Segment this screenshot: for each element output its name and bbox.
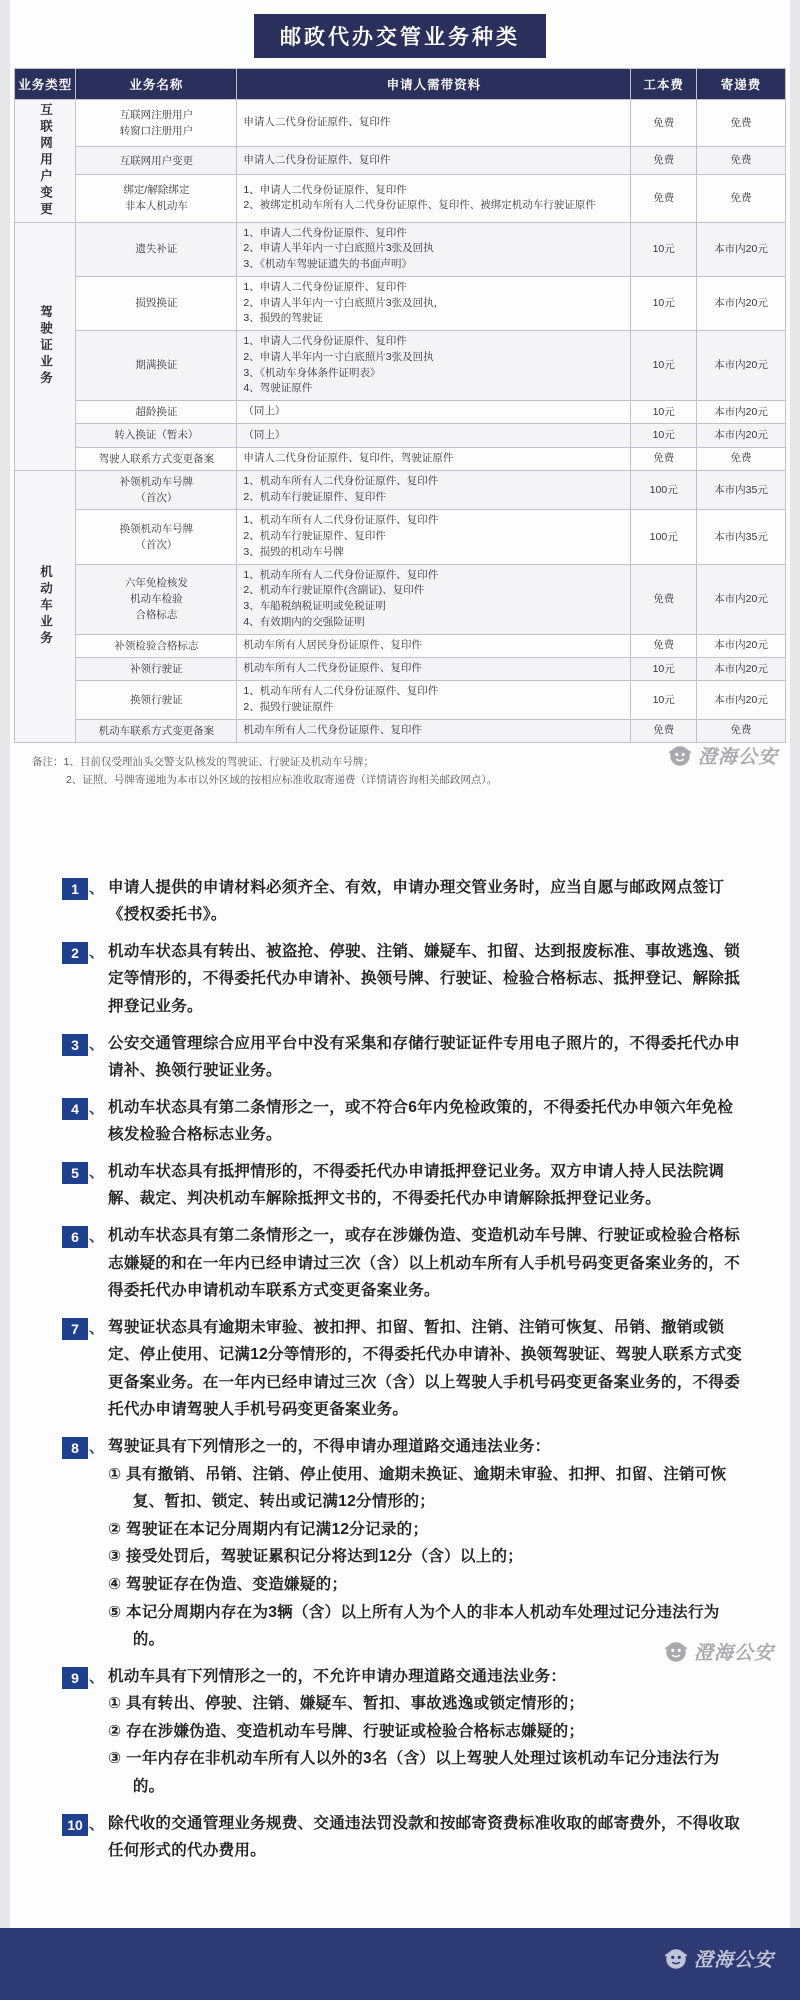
cost-fee-cell: 免费 (631, 564, 697, 634)
cost-fee-cell: 100元 (631, 470, 697, 510)
col-header-required-docs: 申请人需带资料 (237, 69, 631, 100)
table-row: 换领机动车号牌 （首次） 1、机动车所有人二代身份证原件、复印件 2、机动车行驶… (15, 510, 786, 564)
docs-cell: 申请人二代身份证原件、复印件，驾驶证原件 (237, 447, 631, 470)
docs-cell: 机动车所有人居民身份证原件、复印件 (237, 634, 631, 657)
notice-delimiter: 、 (89, 1814, 104, 1836)
notice-text: 机动车状态具有第二条情形之一，或不符合6年内免检政策的，不得委托代办申领六年免检… (108, 1094, 746, 1149)
docs-cell: （同上） (237, 401, 631, 424)
table-row: 驾驶证业务 遗失补证 1、申请人二代身份证原件、复印件 2、申请人半年内一寸白底… (15, 222, 786, 276)
delivery-fee-cell: 本市内20元 (697, 424, 786, 447)
service-name-cell: 互联网用户变更 (76, 147, 237, 175)
cost-fee-cell: 10元 (631, 657, 697, 680)
notice-number-badge: 10 (62, 1814, 88, 1836)
col-header-delivery-fee: 寄递费 (697, 69, 786, 100)
service-name-cell: 补领机动车号牌 （首次） (76, 470, 237, 510)
notice-subitem: ② 存在涉嫌伪造、变造机动车号牌、行驶证或检验合格标志嫌疑的； (108, 1718, 746, 1746)
docs-cell: 1、申请人二代身份证原件、复印件 2、被绑定机动车所有人二代身份证原件、复印件、… (237, 175, 631, 222)
service-name-cell: 补领检验合格标志 (76, 634, 237, 657)
notice-item: 9、 机动车具有下列情形之一的，不允许申请办理道路交通违法业务： ① 具有转出、… (62, 1663, 746, 1801)
col-header-cost-fee: 工本费 (631, 69, 697, 100)
group-label-driver-license: 驾驶证业务 (15, 222, 76, 470)
footnote-line: 2、证照、号牌寄递地为本市以外区域的按相应标准收取寄递费（详情请咨询相关邮政网点… (32, 771, 786, 789)
service-name-cell: 机动车联系方式变更备案 (76, 719, 237, 742)
services-table: 业务类型 业务名称 申请人需带资料 工本费 寄递费 互联网用户变更 互联网注册用… (14, 68, 786, 743)
table-row: 驾驶人联系方式变更备案 申请人二代身份证原件、复印件，驾驶证原件 免费 免费 (15, 447, 786, 470)
notice-item: 5、 机动车状态具有抵押情形的，不得委托代办申请抵押登记业务。双方申请人持人民法… (62, 1158, 746, 1213)
notice-subitem: ① 具有撤销、吊销、注销、停止使用、逾期未换证、逾期未审验、扣押、扣留、注销可恢… (108, 1461, 746, 1516)
docs-cell: 机动车所有人二代身份证原件、复印件 (237, 719, 631, 742)
table-row: 互联网用户变更 申请人二代身份证原件、复印件 免费 免费 (15, 147, 786, 175)
notice-text: 驾驶证状态具有逾期未审验、被扣押、扣留、暂扣、注销、注销可恢复、吊销、撤销或锁定… (108, 1314, 746, 1424)
delivery-fee-cell: 免费 (697, 147, 786, 175)
cost-fee-cell: 10元 (631, 681, 697, 720)
notice-item: 3、 公安交通管理综合应用平台中没有采集和存储行驶证证件专用电子照片的，不得委托… (62, 1030, 746, 1085)
docs-cell: 机动车所有人二代身份证原件、复印件 (237, 657, 631, 680)
service-name-cell: 六年免检核发 机动车检验 合格标志 (76, 564, 237, 634)
table-row: 期满换证 1、申请人二代身份证原件、复印件 2、申请人半年内一寸白底照片3张及回… (15, 331, 786, 401)
watermark: 澄海公安 (663, 1945, 774, 1972)
notice-item: 7、 驾驶证状态具有逾期未审验、被扣押、扣留、暂扣、注销、注销可恢复、吊销、撤销… (62, 1314, 746, 1424)
notice-delimiter: 、 (89, 1098, 104, 1120)
group-label-internet-user: 互联网用户变更 (15, 100, 76, 223)
notice-number-badge: 8 (62, 1437, 88, 1459)
notice-subitem: ① 具有转出、停驶、注销、嫌疑车、暂扣、事故逃逸或锁定情形的； (108, 1690, 746, 1718)
docs-cell: 1、机动车所有人二代身份证原件、复印件 2、机动车行驶证原件、复印件 3、损毁的… (237, 510, 631, 564)
table-row: 超龄换证 （同上） 10元 本市内20元 (15, 401, 786, 424)
table-row: 机动车联系方式变更备案 机动车所有人二代身份证原件、复印件 免费 免费 (15, 719, 786, 742)
notice-text: 驾驶证具有下列情形之一的，不得申请办理道路交通违法业务： ① 具有撤销、吊销、注… (108, 1433, 746, 1654)
docs-cell: 1、机动车所有人二代身份证原件、复印件 2、机动车行驶证原件(含副证)、复印件 … (237, 564, 631, 634)
notice-head: 机动车具有下列情形之一的，不允许申请办理道路交通违法业务： (108, 1663, 746, 1691)
notice-item: 10、 除代收的交通管理业务规费、交通违法罚没款和按邮寄资费标准收取的邮寄费外，… (62, 1810, 746, 1865)
notice-number-badge: 3 (62, 1034, 88, 1056)
table-row: 机动车业务 补领机动车号牌 （首次） 1、机动车所有人二代身份证原件、复印件 2… (15, 470, 786, 510)
delivery-fee-cell: 本市内35元 (697, 510, 786, 564)
cost-fee-cell: 10元 (631, 222, 697, 276)
notice-number-badge: 5 (62, 1162, 88, 1184)
notice-number-badge: 7 (62, 1318, 88, 1340)
notice-subitem: ⑤ 本记分周期内存在为3辆（含）以上所有人为个人的非本人机动车处理过记分违法行为… (108, 1599, 746, 1654)
notice-text: 公安交通管理综合应用平台中没有采集和存储行驶证证件专用电子照片的，不得委托代办申… (108, 1030, 746, 1085)
delivery-fee-cell: 本市内20元 (697, 222, 786, 276)
group-label-motor-vehicle: 机动车业务 (15, 470, 76, 742)
table-row: 补领检验合格标志 机动车所有人居民身份证原件、复印件 免费 本市内20元 (15, 634, 786, 657)
cost-fee-cell: 免费 (631, 447, 697, 470)
table-row: 绑定/解除绑定 非本人机动车 1、申请人二代身份证原件、复印件 2、被绑定机动车… (15, 175, 786, 222)
cost-fee-cell: 免费 (631, 175, 697, 222)
notice-subitem: ③ 一年内存在非机动车所有人以外的3名（含）以上驾驶人处理过该机动车记分违法行为… (108, 1745, 746, 1800)
notice-number-badge: 2 (62, 942, 88, 964)
poster-canvas: 邮政代办交管业务种类 业务类型 业务名称 申请人需带资料 工本费 寄递费 互联网… (0, 0, 800, 2000)
watermark-badge-icon (663, 1639, 689, 1665)
watermark-text: 澄海公安 (698, 742, 778, 769)
table-row: 六年免检核发 机动车检验 合格标志 1、机动车所有人二代身份证原件、复印件 2、… (15, 564, 786, 634)
docs-cell: 1、申请人二代身份证原件、复印件 2、申请人半年内一寸白底照片3张及回执， 3、… (237, 276, 631, 330)
notice-number-badge: 6 (62, 1226, 88, 1248)
col-header-business-type: 业务类型 (15, 69, 76, 100)
notice-head: 驾驶证具有下列情形之一的，不得申请办理道路交通违法业务： (108, 1433, 746, 1461)
cost-fee-cell: 10元 (631, 401, 697, 424)
docs-cell: 1、申请人二代身份证原件、复印件 2、申请人半年内一寸白底照片3张及回执 3、《… (237, 222, 631, 276)
delivery-fee-cell: 免费 (697, 447, 786, 470)
cost-fee-cell: 10元 (631, 276, 697, 330)
notice-item: 6、 机动车状态具有第二条情形之一，或存在涉嫌伪造、变造机动车号牌、行驶证或检验… (62, 1222, 746, 1305)
notice-text: 除代收的交通管理业务规费、交通违法罚没款和按邮寄资费标准收取的邮寄费外，不得收取… (108, 1810, 746, 1865)
delivery-fee-cell: 免费 (697, 175, 786, 222)
notice-delimiter: 、 (89, 1667, 104, 1689)
poster-content: 邮政代办交管业务种类 业务类型 业务名称 申请人需带资料 工本费 寄递费 互联网… (0, 0, 800, 1865)
watermark-text: 澄海公安 (694, 1945, 774, 1972)
cost-fee-cell: 免费 (631, 100, 697, 147)
notice-item: 2、 机动车状态具有转出、被盗抢、停驶、注销、嫌疑车、扣留、达到报废标准、事故逃… (62, 938, 746, 1021)
service-name-cell: 损毁换证 (76, 276, 237, 330)
cost-fee-cell: 10元 (631, 331, 697, 401)
docs-cell: 1、机动车所有人二代身份证原件、复印件 2、损毁行驶证原件 (237, 681, 631, 720)
service-name-cell: 互联网注册用户 转窗口注册用户 (76, 100, 237, 147)
service-name-cell: 绑定/解除绑定 非本人机动车 (76, 175, 237, 222)
docs-cell: 申请人二代身份证原件、复印件 (237, 147, 631, 175)
notice-text: 机动车状态具有第二条情形之一，或存在涉嫌伪造、变造机动车号牌、行驶证或检验合格标… (108, 1222, 746, 1305)
service-name-cell: 驾驶人联系方式变更备案 (76, 447, 237, 470)
table-header-row: 业务类型 业务名称 申请人需带资料 工本费 寄递费 (15, 69, 786, 100)
service-name-cell: 补领行驶证 (76, 657, 237, 680)
notice-delimiter: 、 (89, 878, 104, 900)
notice-delimiter: 、 (89, 1226, 104, 1248)
notice-subitem: ③ 接受处罚后，驾驶证累积记分将达到12分（含）以上的； (108, 1543, 746, 1571)
table-row: 转入换证（暂未） （同上） 10元 本市内20元 (15, 424, 786, 447)
page-title: 邮政代办交管业务种类 (254, 14, 546, 58)
delivery-fee-cell: 本市内35元 (697, 470, 786, 510)
notice-text: 申请人提供的申请材料必须齐全、有效，申请办理交管业务时，应当自愿与邮政网点签订《… (108, 874, 746, 929)
watermark: 澄海公安 (667, 742, 778, 769)
service-name-cell: 换领行驶证 (76, 681, 237, 720)
service-name-cell: 期满换证 (76, 331, 237, 401)
service-name-cell: 换领机动车号牌 （首次） (76, 510, 237, 564)
notice-delimiter: 、 (89, 1318, 104, 1340)
docs-cell: 1、机动车所有人二代身份证原件、复印件 2、机动车行驶证原件、复印件 (237, 470, 631, 510)
cost-fee-cell: 100元 (631, 510, 697, 564)
docs-cell: （同上） (237, 424, 631, 447)
notice-item: 1、 申请人提供的申请材料必须齐全、有效，申请办理交管业务时，应当自愿与邮政网点… (62, 874, 746, 929)
delivery-fee-cell: 本市内20元 (697, 681, 786, 720)
delivery-fee-cell: 本市内20元 (697, 564, 786, 634)
notice-text: 机动车具有下列情形之一的，不允许申请办理道路交通违法业务： ① 具有转出、停驶、… (108, 1663, 746, 1801)
watermark: 澄海公安 (663, 1638, 774, 1665)
service-name-cell: 超龄换证 (76, 401, 237, 424)
notice-list: 1、 申请人提供的申请材料必须齐全、有效，申请办理交管业务时，应当自愿与邮政网点… (62, 874, 746, 1865)
delivery-fee-cell: 本市内20元 (697, 657, 786, 680)
table-row: 补领行驶证 机动车所有人二代身份证原件、复印件 10元 本市内20元 (15, 657, 786, 680)
notice-number-badge: 4 (62, 1098, 88, 1120)
notice-delimiter: 、 (89, 942, 104, 964)
cost-fee-cell: 免费 (631, 719, 697, 742)
notice-item: 8、 驾驶证具有下列情形之一的，不得申请办理道路交通违法业务： ① 具有撤销、吊… (62, 1433, 746, 1654)
delivery-fee-cell: 本市内20元 (697, 331, 786, 401)
delivery-fee-cell: 本市内20元 (697, 401, 786, 424)
watermark-badge-icon (663, 1946, 689, 1972)
notice-text: 机动车状态具有转出、被盗抢、停驶、注销、嫌疑车、扣留、达到报废标准、事故逃逸、锁… (108, 938, 746, 1021)
notice-delimiter: 、 (89, 1162, 104, 1184)
service-name-cell: 转入换证（暂未） (76, 424, 237, 447)
cost-fee-cell: 10元 (631, 424, 697, 447)
notice-number-badge: 1 (62, 878, 88, 900)
cost-fee-cell: 免费 (631, 634, 697, 657)
delivery-fee-cell: 免费 (697, 100, 786, 147)
delivery-fee-cell: 本市内20元 (697, 634, 786, 657)
notice-text: 机动车状态具有抵押情形的，不得委托代办申请抵押登记业务。双方申请人持人民法院调解… (108, 1158, 746, 1213)
cost-fee-cell: 免费 (631, 147, 697, 175)
docs-cell: 1、申请人二代身份证原件、复印件 2、申请人半年内一寸白底照片3张及回执 3、《… (237, 331, 631, 401)
table-row: 损毁换证 1、申请人二代身份证原件、复印件 2、申请人半年内一寸白底照片3张及回… (15, 276, 786, 330)
notice-number-badge: 9 (62, 1667, 88, 1689)
notice-item: 4、 机动车状态具有第二条情形之一，或不符合6年内免检政策的，不得委托代办申领六… (62, 1094, 746, 1149)
notice-delimiter: 、 (89, 1034, 104, 1056)
notice-delimiter: 、 (89, 1437, 104, 1459)
table-row: 换领行驶证 1、机动车所有人二代身份证原件、复印件 2、损毁行驶证原件 10元 … (15, 681, 786, 720)
docs-cell: 申请人二代身份证原件、复印件 (237, 100, 631, 147)
watermark-badge-icon (667, 743, 693, 769)
notice-subitem: ④ 驾驶证存在伪造、变造嫌疑的； (108, 1571, 746, 1599)
delivery-fee-cell: 免费 (697, 719, 786, 742)
delivery-fee-cell: 本市内20元 (697, 276, 786, 330)
watermark-text: 澄海公安 (694, 1638, 774, 1665)
col-header-business-name: 业务名称 (76, 69, 237, 100)
table-row: 互联网用户变更 互联网注册用户 转窗口注册用户 申请人二代身份证原件、复印件 免… (15, 100, 786, 147)
notice-subitem: ② 驾驶证在本记分周期内有记满12分记录的； (108, 1516, 746, 1544)
service-name-cell: 遗失补证 (76, 222, 237, 276)
